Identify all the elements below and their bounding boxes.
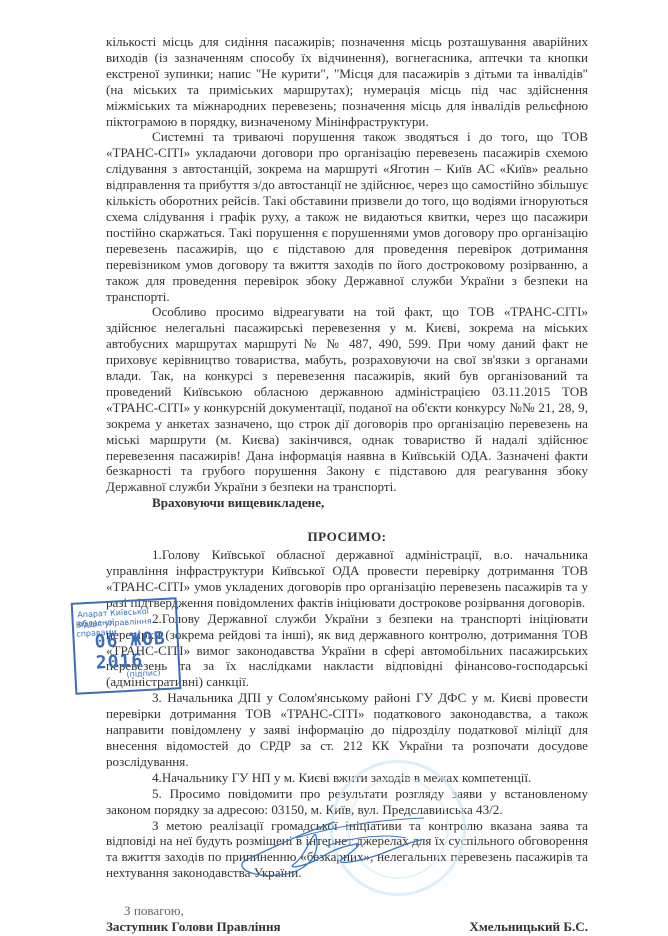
paragraph: Системні та триваючі порушення також зво… bbox=[106, 129, 588, 304]
signer-name: Хмельницький Б.С. bbox=[469, 919, 588, 935]
registration-stamp: Апарат Київської обласної Відділ управлі… bbox=[71, 597, 182, 694]
signer-position: Заступник Голови Правління bbox=[106, 919, 281, 935]
closing-text: З повагою, bbox=[106, 903, 588, 919]
stamp-signature-label: (підпис) bbox=[126, 668, 160, 679]
signature-line: Заступник Голови Правління Хмельницький … bbox=[106, 919, 588, 936]
request-title: ПРОСИМО: bbox=[106, 529, 588, 545]
document-page: кількості місць для сидіння пасажирів; п… bbox=[0, 0, 668, 936]
paragraph: кількості місць для сидіння пасажирів; п… bbox=[106, 34, 588, 129]
handwritten-signature-icon bbox=[236, 816, 426, 886]
paragraph-conclusion: Враховуючи вищевикладене, bbox=[106, 495, 588, 511]
stamp-date: 06 ЖОВ 2016 bbox=[94, 627, 178, 673]
paragraph: Особливо просимо відреагувати на той фак… bbox=[106, 304, 588, 495]
request-item: 3. Начальника ДПІ у Солом'янському район… bbox=[106, 690, 588, 770]
request-item: 1.Голову Київської обласної державної ад… bbox=[106, 547, 588, 611]
